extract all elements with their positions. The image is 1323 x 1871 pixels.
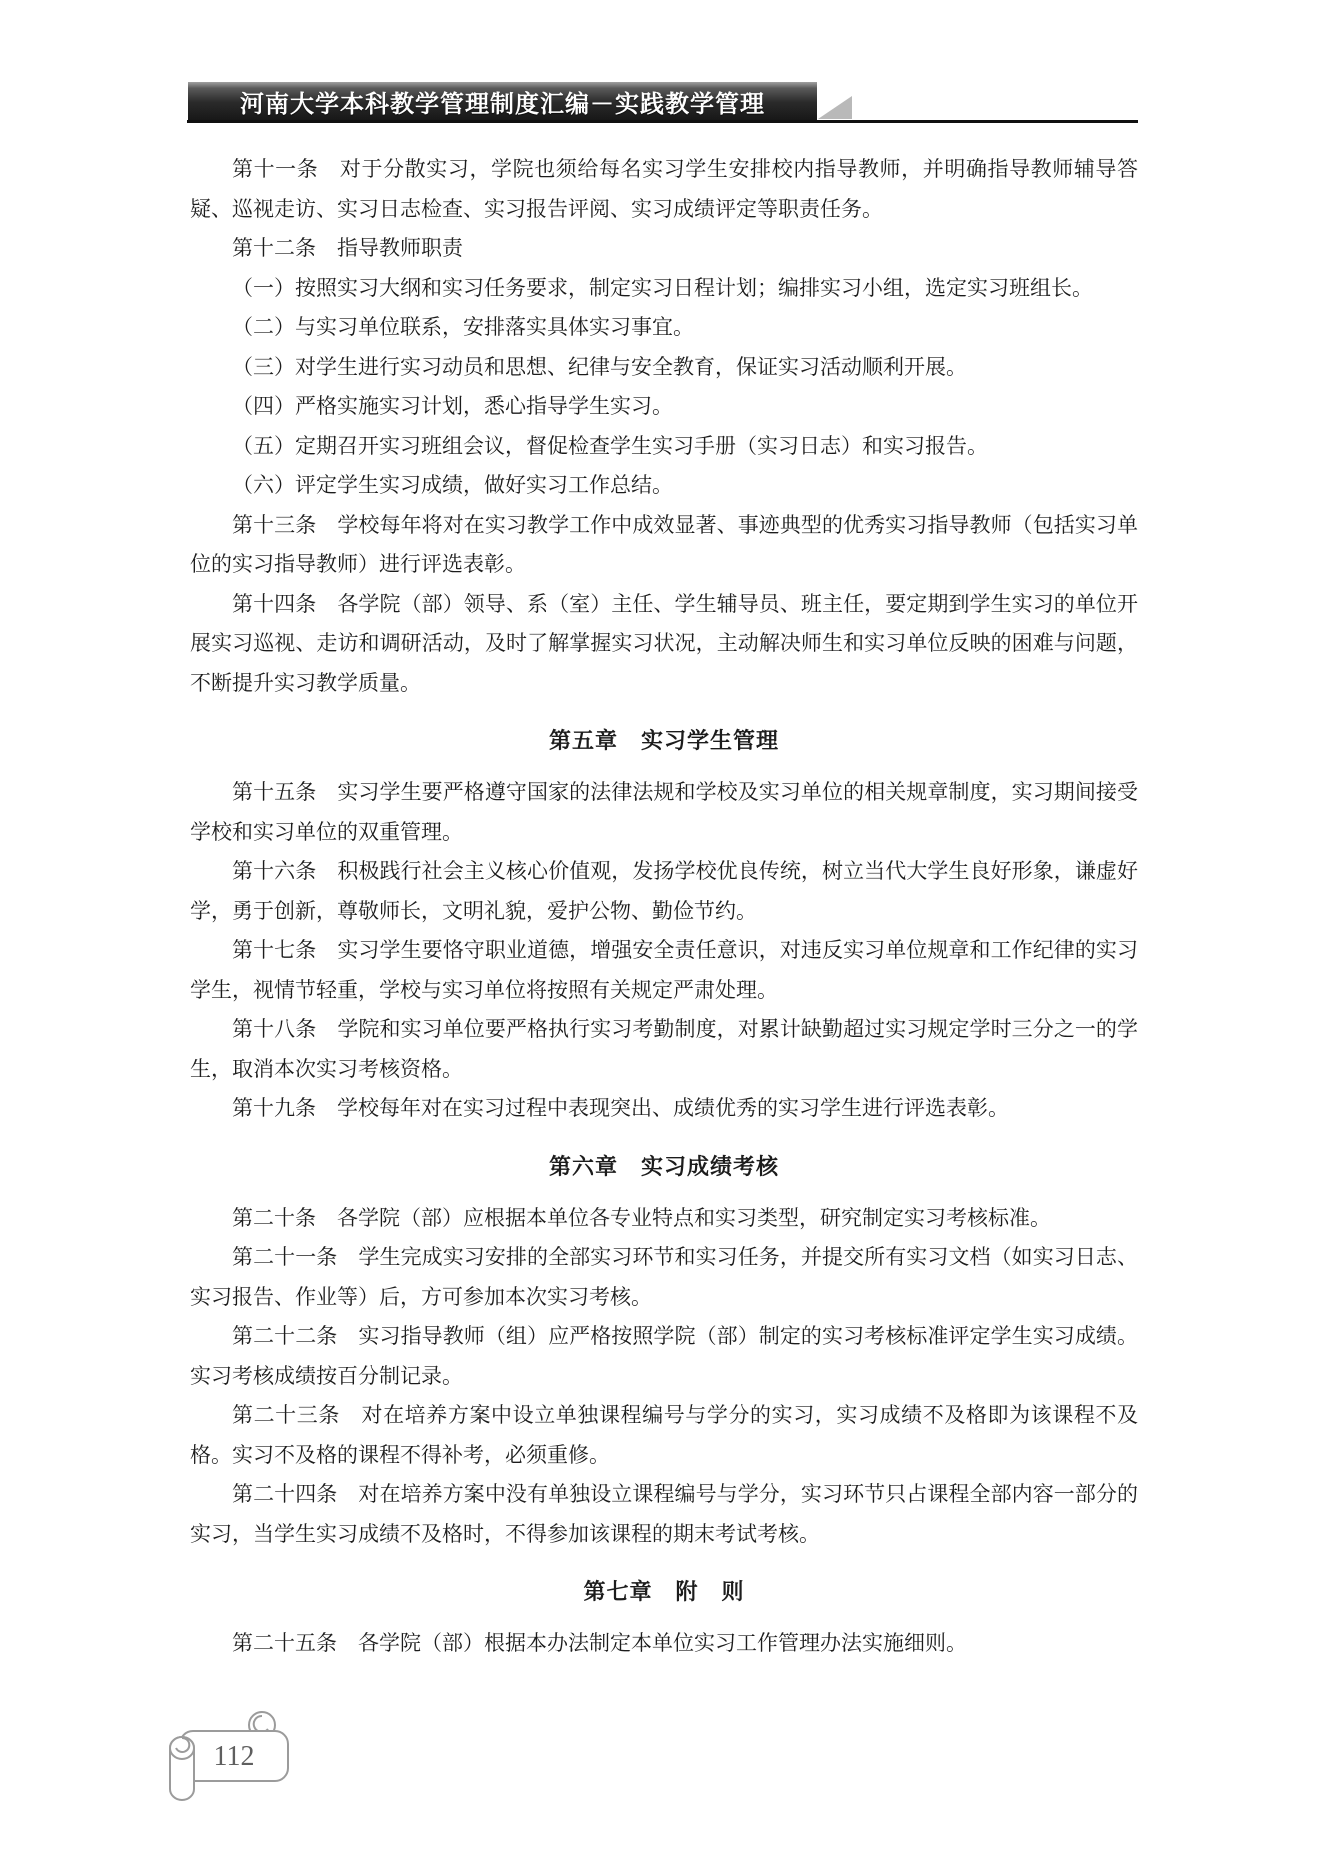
paragraph: （五）定期召开实习班组会议，督促检查学生实习手册（实习日志）和实习报告。 [190, 427, 1138, 467]
paragraph: 第二十条 各学院（部）应根据本单位各专业特点和实习类型，研究制定实习考核标准。 [190, 1199, 1138, 1239]
page-number: 112 [180, 1741, 288, 1773]
paragraph: （一）按照实习大纲和实习任务要求，制定实习日程计划；编排实习小组，选定实习班组长… [190, 269, 1138, 309]
header-banner: 河南大学本科教学管理制度汇编－实践教学管理 [188, 82, 817, 121]
paragraph: 第十一条 对于分散实习，学院也须给每名实习学生安排校内指导教师，并明确指导教师辅… [190, 150, 1138, 229]
paragraph: 第十四条 各学院（部）领导、系（室）主任、学生辅导员、班主任，要定期到学生实习的… [190, 585, 1138, 704]
paragraph: （六）评定学生实习成绩，做好实习工作总结。 [190, 466, 1138, 506]
paragraph: 第二十五条 各学院（部）根据本办法制定本单位实习工作管理办法实施细则。 [190, 1624, 1138, 1664]
chapter-heading: 第六章 实习成绩考核 [190, 1147, 1138, 1187]
header-title: 河南大学本科教学管理制度汇编－实践教学管理 [240, 84, 765, 119]
paragraph: 第二十四条 对在培养方案中没有单独设立课程编号与学分，实习环节只占课程全部内容一… [190, 1475, 1138, 1554]
paragraph: 第十六条 积极践行社会主义核心价值观，发扬学校优良传统，树立当代大学生良好形象，… [190, 852, 1138, 931]
chapter-heading: 第七章 附 则 [190, 1572, 1138, 1612]
document-body: 第十一条 对于分散实习，学院也须给每名实习学生安排校内指导教师，并明确指导教师辅… [190, 150, 1138, 1664]
paragraph: （四）严格实施实习计划，悉心指导学生实习。 [190, 387, 1138, 427]
paragraph: 第十七条 实习学生要恪守职业道德，增强安全责任意识，对违反实习单位规章和工作纪律… [190, 931, 1138, 1010]
paragraph: 第二十一条 学生完成实习安排的全部实习环节和实习任务，并提交所有实习文档（如实习… [190, 1238, 1138, 1317]
chapter-heading: 第五章 实习学生管理 [190, 721, 1138, 761]
paragraph: 第十九条 学校每年对在实习过程中表现突出、成绩优秀的实习学生进行评选表彰。 [190, 1089, 1138, 1129]
paragraph: 第十二条 指导教师职责 [190, 229, 1138, 269]
banner-arrow-icon [818, 96, 852, 119]
paragraph: （二）与实习单位联系，安排落实具体实习事宜。 [190, 308, 1138, 348]
paragraph: 第二十二条 实习指导教师（组）应严格按照学院（部）制定的实习考核标准评定学生实习… [190, 1317, 1138, 1396]
paragraph: 第十八条 学院和实习单位要严格执行实习考勤制度，对累计缺勤超过实习规定学时三分之… [190, 1010, 1138, 1089]
header-rule [187, 120, 1138, 123]
paragraph: （三）对学生进行实习动员和思想、纪律与安全教育，保证实习活动顺利开展。 [190, 348, 1138, 388]
paragraph: 第十五条 实习学生要严格遵守国家的法律法规和学校及实习单位的相关规章制度，实习期… [190, 773, 1138, 852]
paragraph: 第十三条 学校每年将对在实习教学工作中成效显著、事迹典型的优秀实习指导教师（包括… [190, 506, 1138, 585]
document-page: 河南大学本科教学管理制度汇编－实践教学管理 第十一条 对于分散实习，学院也须给每… [0, 0, 1323, 1871]
paragraph: 第二十三条 对在培养方案中设立单独课程编号与学分的实习，实习成绩不及格即为该课程… [190, 1396, 1138, 1475]
